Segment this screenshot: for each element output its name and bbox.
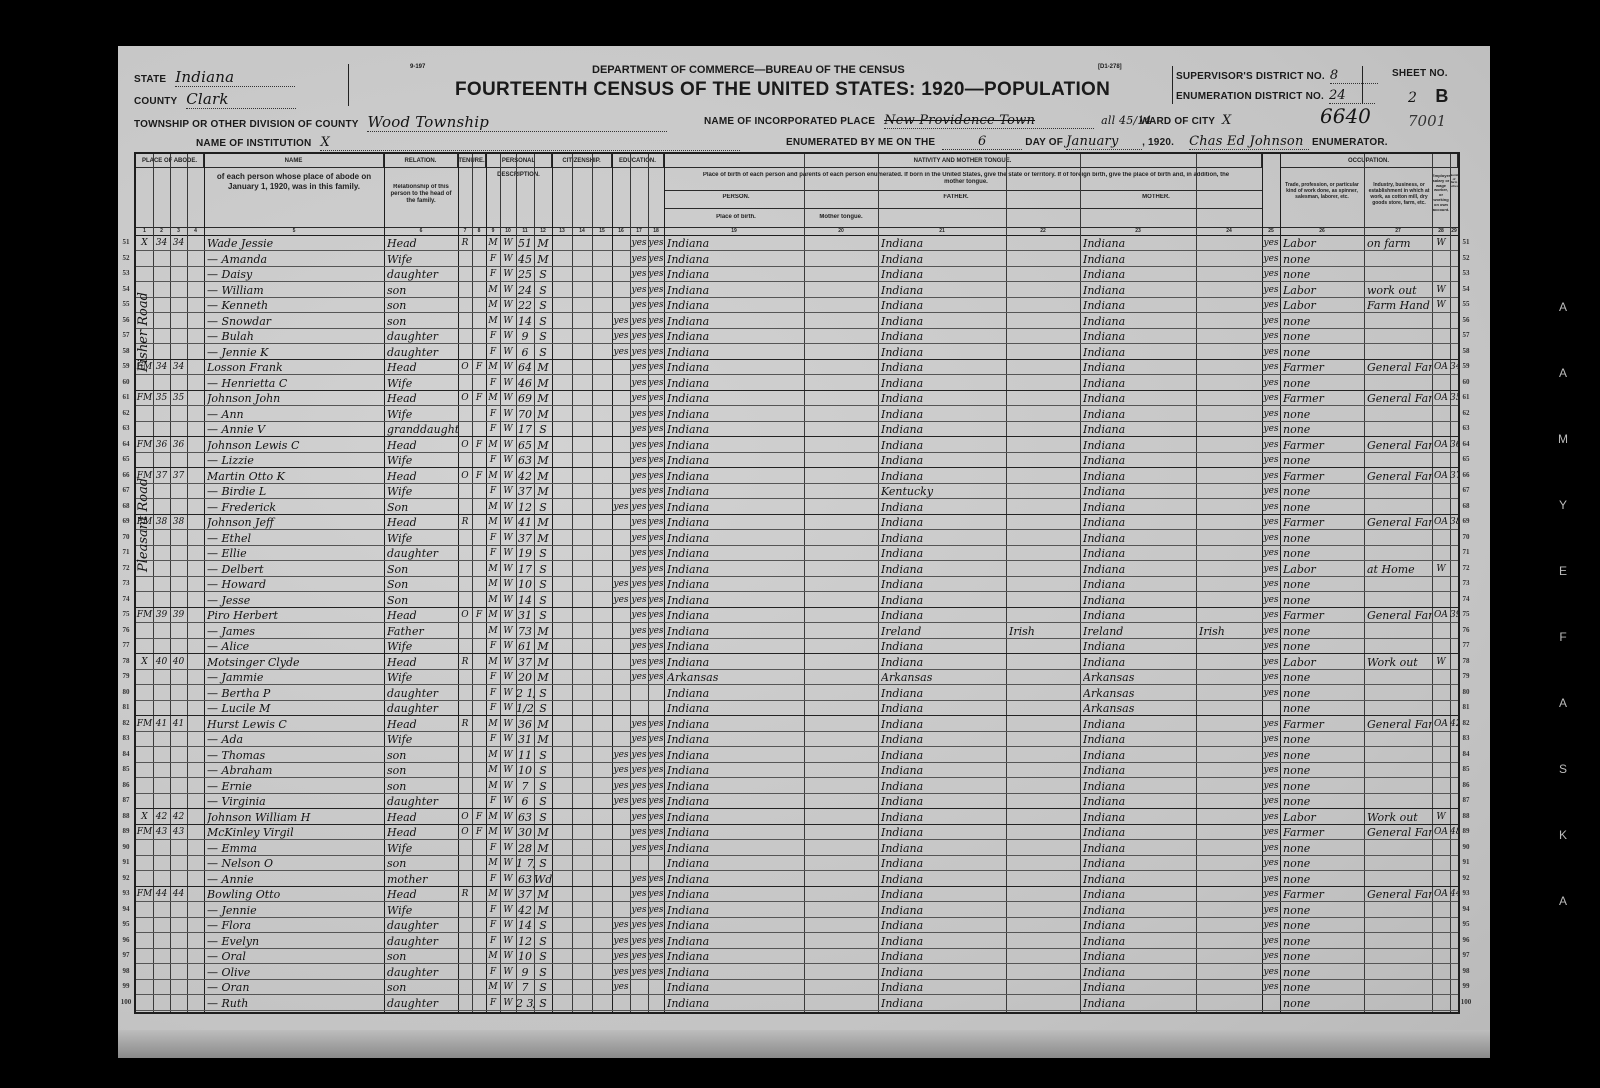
cell-marital: M [534, 376, 552, 391]
line-number-right: 96 [1458, 936, 1474, 944]
cell-street [136, 965, 153, 980]
cell-industry: General Farm [1367, 608, 1432, 623]
cell-race: W [500, 360, 516, 375]
cell-marital: M [534, 236, 552, 251]
cell-home [458, 283, 472, 298]
cell-family [170, 345, 187, 360]
cell-relation: Head [387, 810, 458, 825]
cell-home [458, 980, 472, 995]
cell-school: yes [612, 500, 630, 515]
cell-dwelling [153, 252, 170, 267]
cell-race: W [500, 546, 516, 561]
cell-mort: F [472, 391, 486, 406]
cell-pob: Indiana [667, 624, 804, 639]
cell-mort [472, 872, 486, 887]
cell-name: — Ethel [207, 531, 384, 546]
cell-pob: Indiana [667, 345, 804, 360]
cell-ftongue [1009, 422, 1080, 437]
line-number-left: 69 [118, 517, 134, 525]
person-subheader: PERSON. [696, 194, 776, 201]
cell-home: R [458, 717, 472, 732]
line-number-left: 57 [118, 331, 134, 339]
cell-sex: F [486, 701, 500, 716]
cell-read: yes [630, 546, 648, 561]
cell-farm: 34 [1450, 360, 1458, 375]
cell-family: 43 [170, 825, 187, 840]
cell-mort [472, 794, 486, 809]
cell-mtongue [1199, 779, 1262, 794]
table-row: — OransonMW7SyesIndianaIndianaIndianayes… [136, 980, 1458, 995]
cell-trade: none [1283, 624, 1364, 639]
cell-emp: OA [1432, 438, 1450, 453]
cell-emp [1432, 748, 1450, 763]
cell-read: yes [630, 903, 648, 918]
cell-home [458, 593, 472, 608]
cell-mort [472, 562, 486, 577]
cell-mpob: Indiana [1083, 872, 1196, 887]
cell-industry [1367, 500, 1432, 515]
column-number: 14 [572, 228, 592, 236]
cell-fpob: Indiana [881, 531, 1006, 546]
cell-mtongue [1199, 515, 1262, 530]
cell-marital: S [534, 918, 552, 933]
cell-fpob: Indiana [881, 934, 1006, 949]
cell-write: yes [648, 407, 664, 422]
cell-trade: none [1283, 267, 1364, 282]
cell-fpob: Indiana [881, 748, 1006, 763]
cell-pob: Indiana [667, 500, 804, 515]
cell-sex: M [486, 608, 500, 623]
cell-fpob: Indiana [881, 391, 1006, 406]
supervisor-district-value: 8 [1330, 68, 1378, 84]
cell-sex: F [486, 252, 500, 267]
cell-pob: Indiana [667, 965, 804, 980]
cell-read [630, 686, 648, 701]
cell-mort [472, 748, 486, 763]
line-number-left: 68 [118, 502, 134, 510]
cell-fpob: Indiana [881, 360, 1006, 375]
cell-home [458, 453, 472, 468]
cell-street [136, 794, 153, 809]
table-row: — BulahdaughterFW9SyesyesyesIndianaIndia… [136, 329, 1458, 344]
cell-school [612, 515, 630, 530]
cell-race: W [500, 639, 516, 654]
column-number: 7 [458, 228, 472, 236]
cell-write: yes [648, 965, 664, 980]
cell-family [170, 531, 187, 546]
cell-mpob: Indiana [1083, 934, 1196, 949]
cell-family: 37 [170, 469, 187, 484]
cell-name: — Birdie L [207, 484, 384, 499]
cell-fpob: Indiana [881, 252, 1006, 267]
cell-trade: none [1283, 748, 1364, 763]
cell-dwelling [153, 376, 170, 391]
cell-eng: yes [1262, 252, 1280, 267]
cell-read: yes [630, 965, 648, 980]
cell-family [170, 376, 187, 391]
cell-fpob: Indiana [881, 283, 1006, 298]
cell-race: W [500, 717, 516, 732]
cell-marital: S [534, 934, 552, 949]
cell-marital: S [534, 965, 552, 980]
cell-home [458, 686, 472, 701]
cell-street [136, 996, 153, 1011]
cell-read: yes [630, 655, 648, 670]
table-row: — EvelyndaughterFW12SyesyesyesIndianaInd… [136, 934, 1458, 949]
cell-ftongue [1009, 639, 1080, 654]
cell-family [170, 422, 187, 437]
line-number-left: 66 [118, 471, 134, 479]
table-row: — AbrahamsonMW10SyesyesyesIndianaIndiana… [136, 763, 1458, 778]
cell-name: — Ada [207, 732, 384, 747]
cell-ftongue [1009, 593, 1080, 608]
column-number: 23 [1080, 228, 1196, 236]
cell-mtongue [1199, 314, 1262, 329]
place-of-birth-header: Place of birth. [696, 214, 776, 221]
cell-dwelling [153, 965, 170, 980]
cell-relation: Son [387, 562, 458, 577]
cell-name: — Abraham [207, 763, 384, 778]
line-number-left: 100 [118, 998, 134, 1006]
cell-industry [1367, 686, 1432, 701]
name-column-description: of each person whose place of abode on J… [210, 172, 378, 191]
cell-mort [472, 298, 486, 313]
cell-industry [1367, 980, 1432, 995]
cell-read: yes [630, 841, 648, 856]
cell-read [630, 996, 648, 1011]
cell-dwelling [153, 500, 170, 515]
cell-age: 10 [516, 763, 534, 778]
cell-school: yes [612, 949, 630, 964]
cell-fpob: Indiana [881, 298, 1006, 313]
cell-mort [472, 422, 486, 437]
cell-family [170, 794, 187, 809]
margin-letter: A [1548, 300, 1578, 314]
cell-relation: Wife [387, 407, 458, 422]
cell-trade: none [1283, 376, 1364, 391]
table-row: — Annie VgranddaughterFW17SyesyesIndiana… [136, 422, 1458, 437]
cell-trade: Farmer [1283, 717, 1364, 732]
cell-ftongue [1009, 407, 1080, 422]
cell-marital: S [534, 593, 552, 608]
cell-read: yes [630, 639, 648, 654]
cell-school: yes [612, 329, 630, 344]
cell-eng: yes [1262, 748, 1280, 763]
header-rule [664, 208, 1262, 209]
cell-relation: daughter [387, 345, 458, 360]
cell-school [612, 608, 630, 623]
line-number-left: 96 [118, 936, 134, 944]
cell-marital: M [534, 438, 552, 453]
county-field: COUNTY Clark [134, 90, 296, 109]
cell-eng: yes [1262, 283, 1280, 298]
cell-ftongue [1009, 298, 1080, 313]
line-number-left: 65 [118, 455, 134, 463]
cell-home: O [458, 608, 472, 623]
line-number-left: 86 [118, 781, 134, 789]
table-row: — Jennie KdaughterFW6SyesyesyesIndianaIn… [136, 345, 1458, 360]
table-row: — JamesFatherMW73MyesyesIndianaIrelandIr… [136, 624, 1458, 639]
cell-ftongue [1009, 267, 1080, 282]
cell-write: yes [648, 810, 664, 825]
table-row: — FloradaughterFW14SyesyesyesIndianaIndi… [136, 918, 1458, 933]
cell-sex: M [486, 562, 500, 577]
line-number-left: 75 [118, 610, 134, 618]
cell-family [170, 298, 187, 313]
cell-mort [472, 376, 486, 391]
cell-family [170, 949, 187, 964]
cell-mpob: Indiana [1083, 376, 1196, 391]
cell-emp [1432, 531, 1450, 546]
street-note-pleasant-road: Pleasant Road [136, 478, 151, 572]
incorporated-place-field: NAME OF INCORPORATED PLACE New Providenc… [704, 113, 1152, 129]
cell-age: 9 [516, 329, 534, 344]
cell-sex: F [486, 639, 500, 654]
cell-industry [1367, 546, 1432, 561]
cell-race: W [500, 825, 516, 840]
cell-write: yes [648, 438, 664, 453]
cell-marital: S [534, 701, 552, 716]
cell-read: yes [630, 794, 648, 809]
enumerated-month: January [1066, 134, 1142, 150]
cell-mpob: Indiana [1083, 407, 1196, 422]
cell-emp [1432, 872, 1450, 887]
cell-industry [1367, 329, 1432, 344]
cell-read: yes [630, 872, 648, 887]
cell-marital: M [534, 825, 552, 840]
cell-mort [472, 624, 486, 639]
cell-family [170, 283, 187, 298]
cell-relation: son [387, 856, 458, 871]
line-number-right: 62 [1458, 409, 1474, 417]
cell-marital: M [534, 732, 552, 747]
cell-pob: Indiana [667, 856, 804, 871]
cell-dwelling: 38 [153, 515, 170, 530]
table-row: — AdaWifeFW31MyesyesIndianaIndianaIndian… [136, 732, 1458, 747]
cell-home [458, 701, 472, 716]
cell-eng: yes [1262, 841, 1280, 856]
cell-relation: Wife [387, 732, 458, 747]
cell-race: W [500, 283, 516, 298]
cell-sex: F [486, 965, 500, 980]
cell-mtongue [1199, 639, 1262, 654]
cell-eng [1262, 701, 1280, 716]
cell-write: yes [648, 825, 664, 840]
cell-pob: Indiana [667, 329, 804, 344]
cell-age: 25 [516, 267, 534, 282]
cell-ftongue [1009, 345, 1080, 360]
cell-relation: Son [387, 593, 458, 608]
line-number-right: 95 [1458, 920, 1474, 928]
cell-write: yes [648, 546, 664, 561]
cell-school [612, 732, 630, 747]
cell-fpob: Indiana [881, 593, 1006, 608]
cell-sex: M [486, 655, 500, 670]
cell-family [170, 314, 187, 329]
cell-mtongue [1199, 236, 1262, 251]
cell-emp: W [1432, 810, 1450, 825]
institution-value: X [320, 135, 740, 151]
cell-mort [472, 546, 486, 561]
line-number-left: 94 [118, 905, 134, 913]
cell-emp [1432, 763, 1450, 778]
industry-column-description: Industry, business, or establishment in … [1368, 182, 1430, 206]
cell-dwelling [153, 562, 170, 577]
cell-sex: M [486, 825, 500, 840]
cell-eng: yes [1262, 887, 1280, 902]
supervisor-district-field: SUPERVISOR'S DISTRICT NO. 8 [1176, 68, 1378, 84]
cell-relation: daughter [387, 794, 458, 809]
cell-write [648, 996, 664, 1011]
cell-industry [1367, 314, 1432, 329]
column-number: 12 [534, 228, 552, 236]
column-group-header: EDUCATION. [612, 154, 664, 168]
cell-dwelling [153, 779, 170, 794]
cell-industry [1367, 484, 1432, 499]
cell-emp: OA [1432, 717, 1450, 732]
cell-mort [472, 732, 486, 747]
cell-relation: Head [387, 236, 458, 251]
table-row: — DaisydaughterFW25SyesyesIndianaIndiana… [136, 267, 1458, 282]
cell-mort [472, 314, 486, 329]
cell-trade: none [1283, 965, 1364, 980]
line-number-left: 54 [118, 285, 134, 293]
cell-relation: Wife [387, 484, 458, 499]
cell-street: X [136, 655, 153, 670]
incorporated-place-label: NAME OF INCORPORATED PLACE [704, 116, 875, 127]
column-number: 28 [1432, 228, 1450, 236]
cell-mort [472, 903, 486, 918]
cell-marital: S [534, 345, 552, 360]
cell-fpob: Indiana [881, 453, 1006, 468]
cell-read: yes [630, 562, 648, 577]
cell-trade: none [1283, 314, 1364, 329]
cell-family: 38 [170, 515, 187, 530]
cell-home [458, 732, 472, 747]
cell-home [458, 856, 472, 871]
cell-mpob: Indiana [1083, 314, 1196, 329]
cell-dwelling [153, 314, 170, 329]
cell-school [612, 252, 630, 267]
cell-name: — Annie V [207, 422, 384, 437]
cell-name: — Ellie [207, 546, 384, 561]
line-number-right: 89 [1458, 827, 1474, 835]
cell-emp [1432, 779, 1450, 794]
cell-mpob: Indiana [1083, 577, 1196, 592]
cell-race: W [500, 856, 516, 871]
cell-home [458, 934, 472, 949]
cell-family [170, 748, 187, 763]
cell-farm [1450, 407, 1458, 422]
cell-write: yes [648, 236, 664, 251]
cell-home: O [458, 825, 472, 840]
cell-mpob: Indiana [1083, 639, 1196, 654]
cell-family: 34 [170, 236, 187, 251]
cell-age: 1/2 [516, 701, 534, 716]
cell-pob: Indiana [667, 593, 804, 608]
cell-mtongue [1199, 748, 1262, 763]
cell-mtongue [1199, 670, 1262, 685]
cell-sex: M [486, 314, 500, 329]
cell-home: O [458, 360, 472, 375]
cell-farm [1450, 949, 1458, 964]
cell-eng: yes [1262, 670, 1280, 685]
table-row: — Lucile MdaughterFW1/2SIndianaIndianaAr… [136, 701, 1458, 716]
cell-farm [1450, 701, 1458, 716]
line-number-right: 59 [1458, 362, 1474, 370]
line-number-right: 63 [1458, 424, 1474, 432]
cell-trade: none [1283, 252, 1364, 267]
cell-trade: none [1283, 593, 1364, 608]
cell-marital: S [534, 949, 552, 964]
cell-read: yes [630, 422, 648, 437]
line-number-left: 76 [118, 626, 134, 634]
cell-pob: Indiana [667, 686, 804, 701]
cell-race: W [500, 918, 516, 933]
cell-dwelling: 36 [153, 438, 170, 453]
cell-sex: M [486, 887, 500, 902]
table-row: — AmandaWifeFW45MyesyesIndianaIndianaInd… [136, 252, 1458, 267]
cell-family [170, 779, 187, 794]
cell-ftongue [1009, 872, 1080, 887]
cell-race: W [500, 996, 516, 1011]
cell-mtongue [1199, 500, 1262, 515]
cell-marital: M [534, 670, 552, 685]
cell-eng: yes [1262, 949, 1280, 964]
cell-mpob: Indiana [1083, 469, 1196, 484]
cell-pob: Indiana [667, 794, 804, 809]
cell-emp [1432, 903, 1450, 918]
cell-street [136, 701, 153, 716]
cell-write: yes [648, 748, 664, 763]
cell-sex: M [486, 360, 500, 375]
cell-read: yes [630, 531, 648, 546]
cell-ftongue [1009, 825, 1080, 840]
cell-read: yes [630, 732, 648, 747]
cell-write: yes [648, 794, 664, 809]
cell-relation: daughter [387, 934, 458, 949]
cell-read: yes [630, 500, 648, 515]
cell-fpob: Indiana [881, 329, 1006, 344]
line-number-left: 82 [118, 719, 134, 727]
cell-industry [1367, 763, 1432, 778]
line-number-left: 61 [118, 393, 134, 401]
cell-age: 70 [516, 407, 534, 422]
cell-mort: F [472, 608, 486, 623]
sheet-bracket [1362, 66, 1363, 104]
cell-write [648, 701, 664, 716]
cell-write [648, 856, 664, 871]
stamp-number-2: 7001 [1408, 112, 1446, 130]
cell-mpob: Indiana [1083, 887, 1196, 902]
film-margin-text: AAMYEFASKA [1548, 300, 1578, 960]
cell-write: yes [648, 531, 664, 546]
cell-sex: F [486, 531, 500, 546]
cell-school [612, 810, 630, 825]
cell-sex: M [486, 624, 500, 639]
cell-race: W [500, 329, 516, 344]
cell-trade: Labor [1283, 283, 1364, 298]
cell-sex: M [486, 810, 500, 825]
cell-school [612, 670, 630, 685]
cell-trade: none [1283, 407, 1364, 422]
cell-mort [472, 887, 486, 902]
cell-emp: OA [1432, 608, 1450, 623]
cell-pob: Indiana [667, 748, 804, 763]
line-number-right: 94 [1458, 905, 1474, 913]
margin-letter: K [1548, 828, 1578, 842]
table-row: FM4141Hurst Lewis CHeadRMW36MyesyesIndia… [136, 717, 1458, 732]
